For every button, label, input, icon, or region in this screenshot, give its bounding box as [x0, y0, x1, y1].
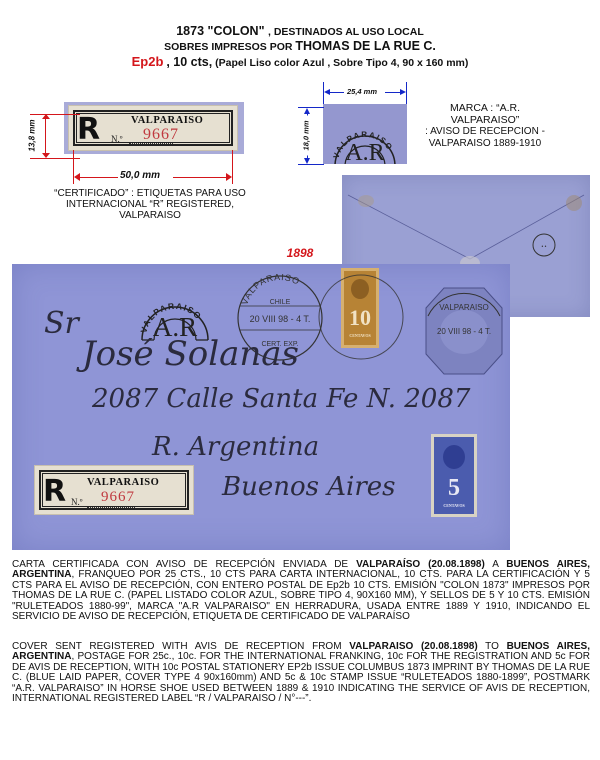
- registered-letter: R: [43, 474, 66, 509]
- title-line-3: Ep2b , 10 cts, (Papel Liso color Azul , …: [0, 54, 600, 69]
- ar-caption-line-1: MARCA : “A.R. VALPARAISO”: [425, 102, 545, 126]
- label-height-dimension: 13,8 mm: [28, 114, 37, 158]
- ar-width-line-right: [385, 92, 400, 93]
- year-text: 1898: [287, 246, 314, 260]
- title-usage: , DESTINADOS AL USO LOCAL: [268, 26, 424, 38]
- label-city: VALPARAISO: [87, 477, 159, 488]
- label-number-prefix: N.º: [71, 497, 83, 507]
- desc-es-text-3: , FRANQUEO POR 25 CTS., 10 CTS PARA CART…: [12, 569, 590, 622]
- ar-caption-line-3: VALPARAISO 1889-1910: [425, 138, 545, 150]
- desc-en-text-1: COVER SENT REGISTERED WITH AVIS DE RECEP…: [12, 641, 349, 652]
- ar-guide-right: [406, 82, 407, 104]
- catalog-code: Ep2b: [132, 54, 164, 69]
- title-printed-by: SOBRES IMPRESOS POR: [164, 41, 292, 53]
- ar-horseshoe-postmark-icon: VALPARAISO A.R: [132, 276, 218, 342]
- desc-en-text-2: TO: [478, 641, 507, 652]
- arrow-up-icon: [304, 108, 310, 114]
- label-caption: “CERTIFICADO” : ETIQUETAS PARA USO INTER…: [40, 188, 260, 221]
- year-label: 1898: [0, 246, 600, 260]
- paper-details: (Papel Liso color Azul , Sobre Tipo 4, 9…: [215, 57, 468, 69]
- svg-text:CHILE: CHILE: [270, 299, 291, 306]
- label-number-prefix: N.º: [111, 134, 123, 144]
- ar-mark-caption: MARCA : “A.R. VALPARAISO” : AVISO DE REC…: [425, 102, 545, 150]
- cancel-postmark-icon: [316, 272, 406, 362]
- description-spanish: CARTA CERTIFICADA CON AVISO DE RECEPCIÓN…: [12, 560, 590, 622]
- label-dotted-line: [87, 507, 135, 508]
- arrow-down-icon: [304, 158, 310, 164]
- ar-width-line-left: [330, 92, 344, 93]
- desc-en-origin: VALPARAISO (20.08.1898): [349, 641, 477, 652]
- address-street: 2087 Calle Santa Fe N. 2087: [92, 384, 470, 414]
- title-line-2: SOBRES IMPRESOS POR THOMAS DE LA RUE C.: [0, 39, 600, 53]
- arrow-up-icon: [42, 114, 50, 119]
- ar-width-dimension: 25,4 mm: [347, 87, 377, 96]
- arrow-down-icon: [42, 153, 50, 158]
- desc-en-text-3: , POSTAGE FOR 25c., 10c. FOR THE INTERNA…: [12, 651, 590, 704]
- label-width-dimension: 50,0 mm: [120, 170, 160, 181]
- description-english: COVER SENT REGISTERED WITH AVIS DE RECEP…: [12, 642, 590, 704]
- ar-caption-line-2: : AVISO DE RECEPCION -: [425, 126, 545, 138]
- registration-label-detail: R VALPARAISO N.º 9667: [68, 105, 238, 151]
- dimension-guide-right: [232, 150, 233, 184]
- stamp-5-value: 5: [434, 475, 474, 502]
- stamp-5-centavos: 5 CENTAVOS: [431, 434, 477, 517]
- title-line-1: 1873 "COLON" , DESTINADOS AL USO LOCAL: [0, 24, 600, 38]
- height-dimension-line: [45, 117, 46, 155]
- ar-mark-detail: VALPARAISO A.R: [323, 104, 407, 164]
- ar-horseshoe-mark-icon: VALPARAISO A.R: [323, 104, 407, 164]
- width-dimension-line-right: [173, 177, 227, 178]
- title-issue: 1873 "COLON": [176, 24, 264, 38]
- printed-stamp-indicia-icon: VALPARAISO 20 VIII 98 - 4 T.: [424, 286, 504, 376]
- address-city: Buenos Aires: [222, 472, 396, 502]
- arrow-right-icon: [226, 173, 232, 181]
- label-city: VALPARAISO: [131, 115, 203, 126]
- label-number: 9667: [143, 126, 179, 144]
- ar-guide-bottom: [298, 164, 324, 165]
- registered-letter: R: [77, 112, 100, 147]
- ar-height-dimension: 18,0 mm: [302, 116, 311, 156]
- ar-guide-top: [298, 107, 324, 108]
- envelope-front: VALPARAISO A.R VALPARAISO CHILE 20 VIII …: [12, 264, 510, 550]
- address-country: R. Argentina: [152, 432, 319, 462]
- address-salutation: Sr: [44, 306, 79, 341]
- stamp-5-denomination: CENTAVOS: [434, 503, 474, 508]
- address-name: José Solanas: [82, 334, 299, 374]
- svg-text:VALPARAISO: VALPARAISO: [439, 303, 489, 312]
- dimension-guide-top: [30, 114, 80, 115]
- arrow-left-icon: [74, 173, 80, 181]
- svg-text:A.R: A.R: [345, 140, 384, 164]
- registration-label: R VALPARAISO N.º 9667: [34, 465, 194, 515]
- svg-text:20 VIII 98 - 4 T.: 20 VIII 98 - 4 T.: [250, 314, 311, 324]
- title-printer: THOMAS DE LA RUE C.: [295, 39, 436, 53]
- arrow-right-icon: [400, 89, 406, 95]
- width-dimension-line-left: [78, 177, 118, 178]
- face-value: , 10 cts,: [166, 55, 212, 69]
- arrow-left-icon: [324, 89, 330, 95]
- label-number: 9667: [101, 489, 135, 506]
- columbus-portrait-icon: [443, 445, 465, 469]
- svg-text:20 VIII 98 - 4 T.: 20 VIII 98 - 4 T.: [437, 327, 491, 336]
